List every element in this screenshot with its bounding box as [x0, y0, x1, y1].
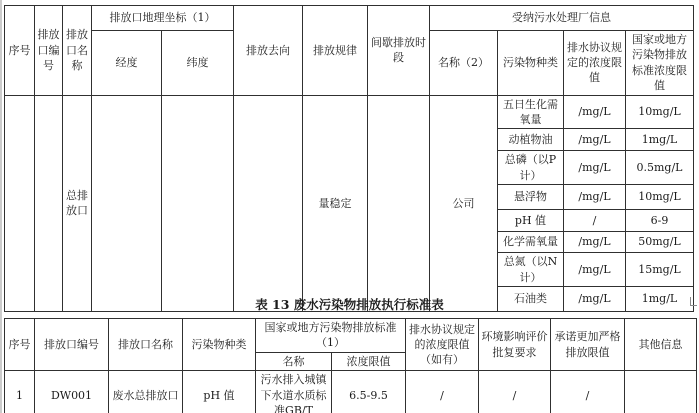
th-seq: 序号 — [5, 6, 35, 96]
cell-destination — [234, 95, 303, 312]
th-agreement-limit: 排水协议规定的浓度限值 — [564, 31, 626, 96]
cell-pollutant-name: 化学需氧量 — [498, 232, 564, 253]
document-page: 序号 排放口编号 排放口名称 排放口地理坐标（1） 排放去向 排放规律 间歇排放… — [0, 0, 699, 413]
th-pollutant-type: 污染物种类 — [498, 31, 564, 96]
cell-pollutant-name: 五日生化需氧量 — [498, 95, 564, 129]
th-plant-group: 受纳污水处理厂信息 — [430, 6, 694, 31]
cell-pollutant-name: 动植物油 — [498, 129, 564, 151]
cell2-standard-limit: 6.5-9.5 — [332, 371, 406, 413]
th2-other-info: 其他信息 — [625, 319, 697, 371]
th2-standard-group: 国家或地方污染物排放标准（1） — [256, 319, 406, 353]
th-plant-name: 名称（2） — [430, 31, 498, 96]
cell2-other-info — [625, 371, 697, 413]
th-longitude: 经度 — [92, 31, 162, 96]
cell-standard: 50mg/L — [626, 232, 694, 253]
table2-header-row-1: 序号 排放口编号 排放口名称 污染物种类 国家或地方污染物排放标准（1） 排水协… — [5, 319, 697, 353]
th2-outlet-no: 排放口编号 — [35, 319, 109, 371]
th-standard-limit: 国家或地方污染物排放标准浓度限值 — [626, 31, 694, 96]
cell-agreement: /mg/L — [564, 185, 626, 210]
cell-standard: 6-9 — [626, 210, 694, 232]
cell2-seq: 1 — [5, 371, 35, 413]
cell-standard: 10mg/L — [626, 95, 694, 129]
cell2-outlet-no: DW001 — [35, 371, 109, 413]
th2-stricter-limit: 承诺更加严格排放限值 — [551, 319, 625, 371]
th-latitude: 纬度 — [162, 31, 234, 96]
th2-outlet-name: 排放口名称 — [109, 319, 183, 371]
cell-pollutant-name: pH 值 — [498, 210, 564, 232]
cell-seq — [5, 95, 35, 312]
th2-standard-limit: 浓度限值 — [332, 352, 406, 370]
th2-standard-name: 名称 — [256, 352, 332, 370]
cell2-standard-name: 污水排入城镇下水道水质标准GB/T — [256, 371, 332, 413]
cell-agreement: /mg/L — [564, 151, 626, 185]
cell-pollutant-name: 悬浮物 — [498, 185, 564, 210]
cell2-stricter-limit: / — [551, 371, 625, 413]
th-outlet-no: 排放口编号 — [35, 6, 63, 96]
discharge-standard-table: 序号 排放口编号 排放口名称 污染物种类 国家或地方污染物排放标准（1） 排水协… — [4, 318, 697, 413]
cell-agreement: /mg/L — [564, 129, 626, 151]
cell-agreement: /mg/L — [564, 95, 626, 129]
cell2-eia-requirement: / — [479, 371, 551, 413]
cell-longitude — [92, 95, 162, 312]
cell-standard: 0.5mg/L — [626, 151, 694, 185]
cell-pollutant-name: 总磷（以P计） — [498, 151, 564, 185]
th-geo-group: 排放口地理坐标（1） — [92, 6, 234, 31]
cell-pattern: 量稳定 — [303, 95, 368, 312]
cell-agreement: /mg/L — [564, 253, 626, 287]
pollutant-row: 总排放口 量稳定 公司 五日生化需氧量 /mg/L 10mg/L — [5, 95, 694, 129]
cell-outlet-no — [35, 95, 63, 312]
cell-standard: 15mg/L — [626, 253, 694, 287]
cell2-outlet-name: 废水总排放口 — [109, 371, 183, 413]
cell-agreement: / — [564, 210, 626, 232]
table13-caption: 表 13 废水污染物排放执行标准表 — [0, 295, 699, 313]
cell-plant-name: 公司 — [430, 95, 498, 312]
window-left-edge — [0, 0, 2, 413]
cell-latitude — [162, 95, 234, 312]
th-destination: 排放去向 — [234, 6, 303, 96]
th2-seq: 序号 — [5, 319, 35, 371]
th2-pollutant-type: 污染物种类 — [183, 319, 256, 371]
cell-standard: 1mg/L — [626, 129, 694, 151]
cell-pollutant-name: 总氮（以N计） — [498, 253, 564, 287]
cell2-agreement-limit: / — [406, 371, 479, 413]
cell-standard: 10mg/L — [626, 185, 694, 210]
cell-outlet-name: 总排放口 — [63, 95, 92, 312]
table2-data-row: 1 DW001 废水总排放口 pH 值 污水排入城镇下水道水质标准GB/T 6.… — [5, 371, 697, 413]
th-intermittent: 间歇排放时段 — [368, 6, 430, 96]
th-outlet-name: 排放口名称 — [63, 6, 92, 96]
cell-agreement: /mg/L — [564, 232, 626, 253]
th2-eia-requirement: 环境影响评价批复要求 — [479, 319, 551, 371]
cell-intermittent — [368, 95, 430, 312]
th2-agreement-limit: 排水协议规定的浓度限值（如有） — [406, 319, 479, 371]
outlet-discharge-info-table: 序号 排放口编号 排放口名称 排放口地理坐标（1） 排放去向 排放规律 间歇排放… — [4, 5, 694, 312]
table1-header-row-1: 序号 排放口编号 排放口名称 排放口地理坐标（1） 排放去向 排放规律 间歇排放… — [5, 6, 694, 31]
th-pattern: 排放规律 — [303, 6, 368, 96]
cell2-pollutant-type: pH 值 — [183, 371, 256, 413]
